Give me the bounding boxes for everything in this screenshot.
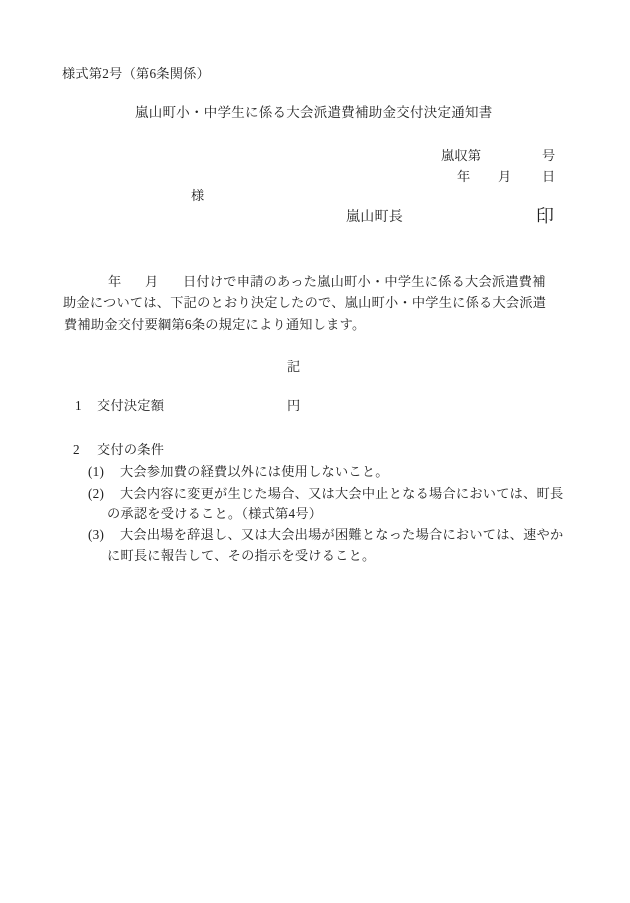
receipt-number-suffix: 号 bbox=[542, 149, 555, 162]
body-paragraph-line-3: 費補助金交付要綱第6条の規定により通知します。 bbox=[64, 318, 365, 331]
item-2-label: 交付の条件 bbox=[97, 443, 164, 456]
condition-2-text-line-2: の承認を受けること。（様式第4号） bbox=[107, 507, 322, 520]
condition-1-text: 大会参加費の経費以外には使用しないこと。 bbox=[120, 465, 389, 478]
item-1-number: 1 bbox=[75, 399, 82, 412]
condition-3-text-line-1: 大会出場を辞退し、又は大会出場が困難となった場合においては、速やか bbox=[120, 528, 563, 541]
notification-document-page: 様式第2号（第6条関係） 嵐山町小・中学生に係る大会派遣費補助金交付決定通知書 … bbox=[0, 0, 630, 903]
condition-2-text-line-1: 大会内容に変更が生じた場合、又は大会中止となる場合においては、町長 bbox=[120, 487, 563, 500]
item-2-number: 2 bbox=[73, 443, 80, 456]
header-date-day-label: 日 bbox=[542, 170, 555, 183]
condition-1-number: (1) bbox=[88, 465, 104, 478]
item-1-unit-yen: 円 bbox=[287, 399, 300, 412]
body-paragraph-line-1: 日付けで申請のあった嵐山町小・中学生に係る大会派遣費補 bbox=[183, 275, 546, 288]
header-date-month-label: 月 bbox=[498, 170, 511, 183]
condition-3-number: (3) bbox=[88, 528, 104, 541]
document-title: 嵐山町小・中学生に係る大会派遣費補助金交付決定通知書 bbox=[135, 106, 493, 120]
condition-2-number: (2) bbox=[88, 487, 104, 500]
form-number: 様式第2号（第6条関係） bbox=[62, 67, 210, 80]
addressee-honorific: 様 bbox=[191, 189, 204, 202]
receipt-number-prefix: 嵐収第 bbox=[441, 149, 481, 162]
condition-3-text-line-2: に町長に報告して、その指示を受けること。 bbox=[107, 549, 375, 562]
body-date-year-label: 年 bbox=[108, 275, 121, 288]
body-paragraph-line-2: 助金については、下記のとおり決定したので、嵐山町小・中学生に係る大会派遣 bbox=[63, 296, 546, 309]
sender-title: 嵐山町長 bbox=[346, 211, 403, 225]
record-marker: 記 bbox=[287, 360, 300, 373]
seal-mark: 印 bbox=[536, 207, 554, 225]
header-date-year-label: 年 bbox=[457, 170, 470, 183]
body-date-month-label: 月 bbox=[145, 275, 158, 288]
item-1-label: 交付決定額 bbox=[97, 399, 164, 412]
